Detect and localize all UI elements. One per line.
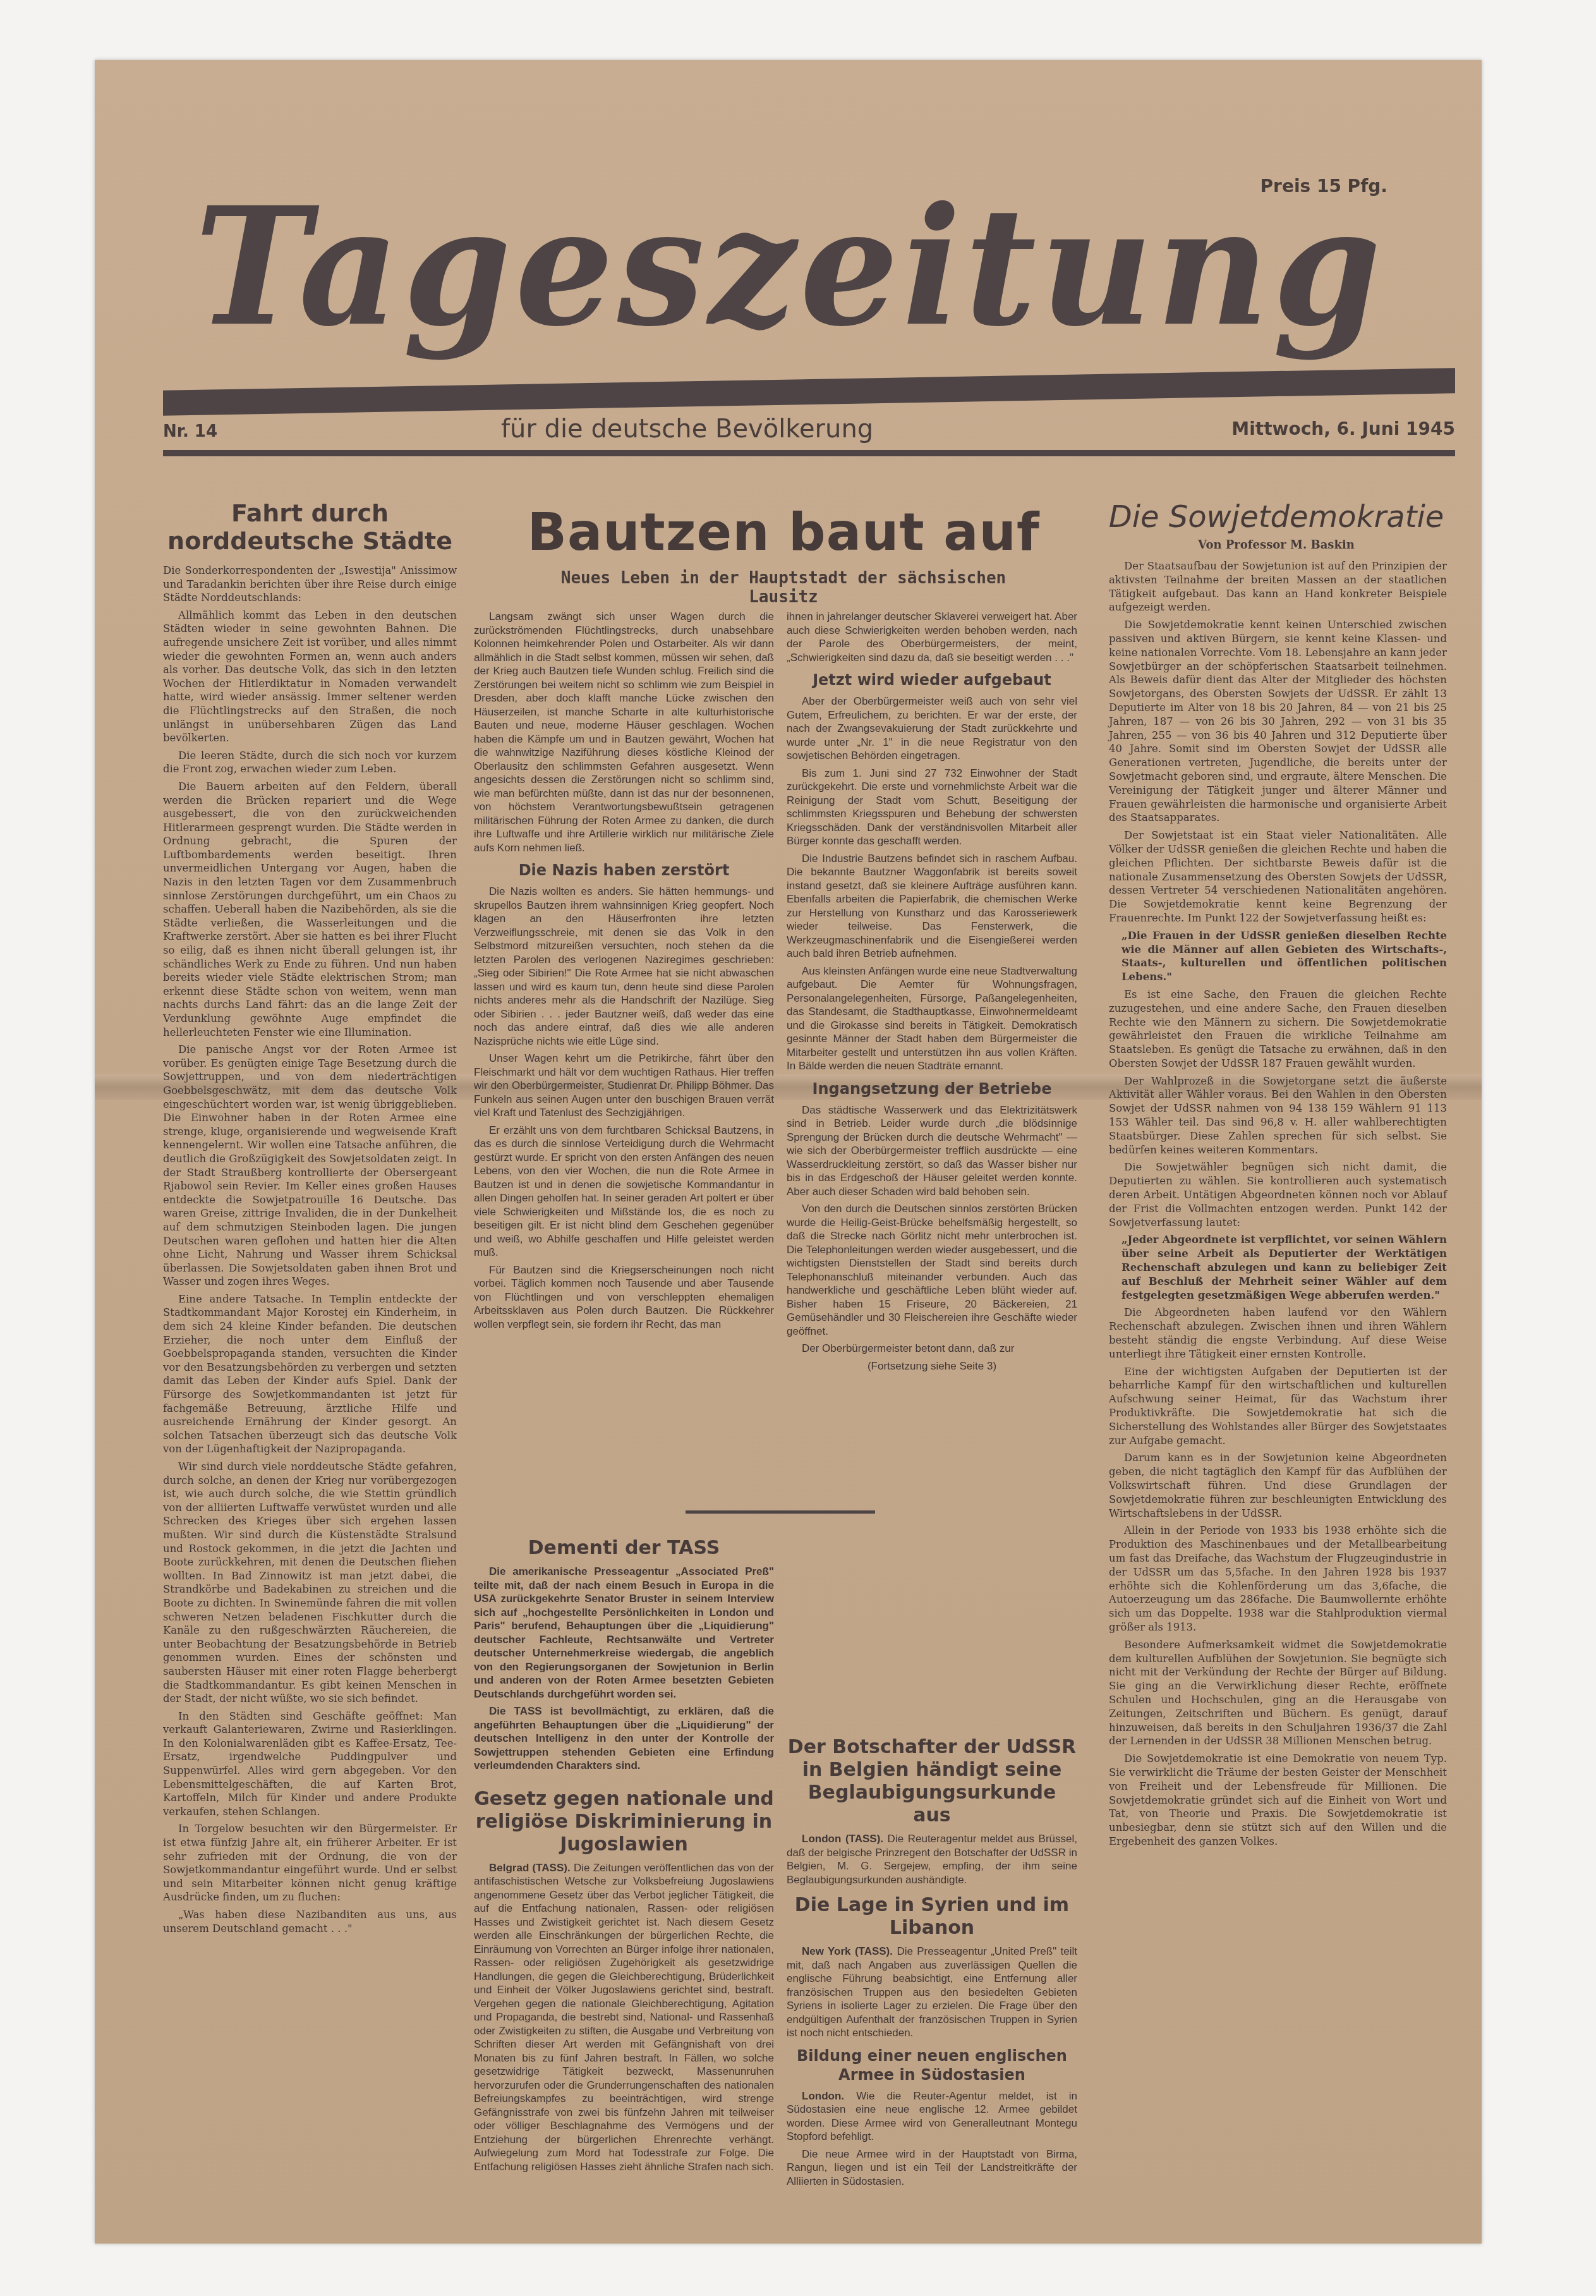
paragraph: Bis zum 1. Juni sind 27 732 Einwohner de…: [787, 767, 1077, 848]
article-fahrt-title: Fahrt durch norddeutsche Städte: [163, 499, 457, 555]
paragraph: Der Staatsaufbau der Sowjetunion ist auf…: [1109, 559, 1447, 614]
paragraph: Besondere Aufmerksamkeit widmet die Sowj…: [1109, 1638, 1447, 1748]
quote-punkt-142: „Jeder Abgeordnete ist verpflichtet, vor…: [1109, 1233, 1447, 1302]
article-botschafter-title: Der Botschafter der UdSSR in Belgien hän…: [787, 1736, 1077, 1827]
paragraph: Allmählich kommt das Leben in den deutsc…: [163, 609, 457, 745]
paragraph: Die leeren Städte, durch die sich noch v…: [163, 749, 457, 776]
paragraph: In Torgelow besuchten wir den Bürgermeis…: [163, 1822, 457, 1904]
paragraph: Langsam zwängt sich unser Wagen durch di…: [474, 610, 774, 854]
paragraph: Der Sowjetstaat ist ein Staat vieler Nat…: [1109, 829, 1447, 925]
dateline: London.: [802, 2090, 844, 2102]
article-dementi-title: Dementi der TASS: [474, 1537, 774, 1560]
paragraph: Eine andere Tatsache. In Templin entdeck…: [163, 1292, 457, 1456]
section-separator: [686, 1510, 875, 1514]
heading-ingangsetzung: Ingangsetzung der Betriebe: [787, 1079, 1077, 1098]
paragraph: „Was haben diese Nazibanditen aus uns, a…: [163, 1908, 457, 1935]
paragraph: Die Presseagentur „United Preß" teilt mi…: [787, 1945, 1077, 2039]
issue-number: Nr. 14: [163, 422, 217, 441]
masthead-subline: Nr. 14 für die deutsche Bevölkerung Mitt…: [163, 411, 1455, 442]
continuation-note: (Fortsetzung siehe Seite 3): [787, 1359, 1077, 1373]
article-dementi-gesetz: Dementi der TASS Die amerikanische Press…: [474, 1529, 774, 2177]
paragraph: Wir sind durch viele norddeutsche Städte…: [163, 1460, 457, 1706]
paragraph: Die Sowjetdemokratie ist eine Demokratie…: [1109, 1752, 1447, 1849]
article-bautzen-col2: ihnen in jahrelanger deutscher Sklaverei…: [787, 610, 1077, 1376]
issue-date: Mittwoch, 6. Juni 1945: [1231, 418, 1455, 439]
paragraph: Die Abgeordneten haben laufend vor den W…: [1109, 1306, 1447, 1361]
article-byline: Von Professor M. Baskin: [1099, 538, 1453, 552]
article-syrien-title: Die Lage in Syrien und im Libanon: [787, 1894, 1077, 1940]
paragraph: Aus kleinsten Anfängen wurde eine neue S…: [787, 964, 1077, 1073]
article-gesetz-title: Gesetz gegen nationale und religiöse Dis…: [474, 1788, 774, 1856]
paragraph: Die neue Armee wird in der Hauptstadt vo…: [787, 2147, 1077, 2189]
paragraph: Unser Wagen kehrt um die Petrikirche, fä…: [474, 1052, 774, 1120]
quote-punkt-122: „Die Frauen in der UdSSR genießen diesel…: [1109, 929, 1447, 984]
paragraph: Die Nazis wollten es anders. Sie hätten …: [474, 885, 774, 1048]
paragraph: Die Sowjetdemokratie kennt keinen Unters…: [1109, 618, 1447, 825]
paragraph: Der Oberbürgermeister betont dann, daß z…: [787, 1342, 1077, 1356]
paragraph: Der Wahlprozeß in die Sowjetorgane setzt…: [1109, 1074, 1447, 1157]
paragraph: Die TASS ist bevollmächtigt, zu erklären…: [474, 1704, 774, 1773]
dateline: New York (TASS).: [802, 1945, 893, 1957]
article-bautzen-title: Bautzen baut auf: [524, 502, 1043, 562]
paragraph: Die panische Angst vor der Roten Armee i…: [163, 1043, 457, 1289]
paragraph: Die Sowjetwähler begnügen sich nicht dam…: [1109, 1160, 1447, 1229]
paragraph: Allein in der Periode von 1933 bis 1938 …: [1109, 1524, 1447, 1634]
paragraph: Darum kann es in der Sowjetunion keine A…: [1109, 1451, 1447, 1520]
paragraph: In den Städten sind Geschäfte geöffnet: …: [163, 1710, 457, 1819]
article-bautzen-subtitle: Neues Leben in der Hauptstadt der sächsi…: [524, 569, 1043, 607]
paragraph: Von den durch die Deutschen sinnlos zers…: [787, 1202, 1077, 1338]
tagline: für die deutsche Bevölkerung: [501, 415, 873, 444]
paragraph: Die Bauern arbeiten auf den Feldern, übe…: [163, 780, 457, 1039]
dateline: Belgrad (TASS).: [489, 1862, 571, 1874]
dateline: London (TASS).: [802, 1833, 883, 1845]
paragraph: Die amerikanische Presseagentur „Associa…: [474, 1565, 774, 1701]
article-sowjetdemokratie-title: Die Sowjetdemokratie: [1099, 499, 1453, 535]
paragraph: Die Sonderkorrespondenten der „Iswestija…: [163, 564, 457, 605]
paragraph: Er erzählt uns von dem furchtbaren Schic…: [474, 1124, 774, 1260]
paragraph: ihnen in jahrelanger deutscher Sklaverei…: [787, 610, 1077, 664]
paragraph: Aber der Oberbürgermeister weiß auch von…: [787, 695, 1077, 763]
article-bautzen-col1: Langsam zwängt sich unser Wagen durch di…: [474, 610, 774, 1335]
masthead-rule: [163, 450, 1455, 456]
paragraph: Die Industrie Bautzens befindet sich in …: [787, 852, 1077, 961]
heading-jetzt-aufgebaut: Jetzt wird wieder aufgebaut: [787, 671, 1077, 689]
article-short-news: Der Botschafter der UdSSR in Belgien hän…: [787, 1728, 1077, 2192]
paragraph: Eine der wichtigsten Aufgaben der Deputi…: [1109, 1365, 1447, 1448]
article-fahrt: Fahrt durch norddeutsche Städte Die Sond…: [163, 499, 457, 1939]
heading-nazis-zerstoert: Die Nazis haben zerstört: [474, 861, 774, 880]
paragraph: Für Bautzen sind die Kriegserscheinungen…: [474, 1263, 774, 1332]
paragraph: Es ist eine Sache, den Frauen die gleich…: [1109, 988, 1447, 1071]
article-sowjetdemokratie: Der Staatsaufbau der Sowjetunion ist auf…: [1109, 559, 1447, 1852]
paragraph: Die Zeitungen veröffentlichen das von de…: [474, 1862, 774, 2173]
paragraph: Das städtische Wasserwerk und das Elektr…: [787, 1103, 1077, 1199]
article-suedostasien-title: Bildung einer neuen englischen Armee in …: [787, 2046, 1077, 2084]
masthead-title: Tageszeitung: [158, 186, 1422, 348]
